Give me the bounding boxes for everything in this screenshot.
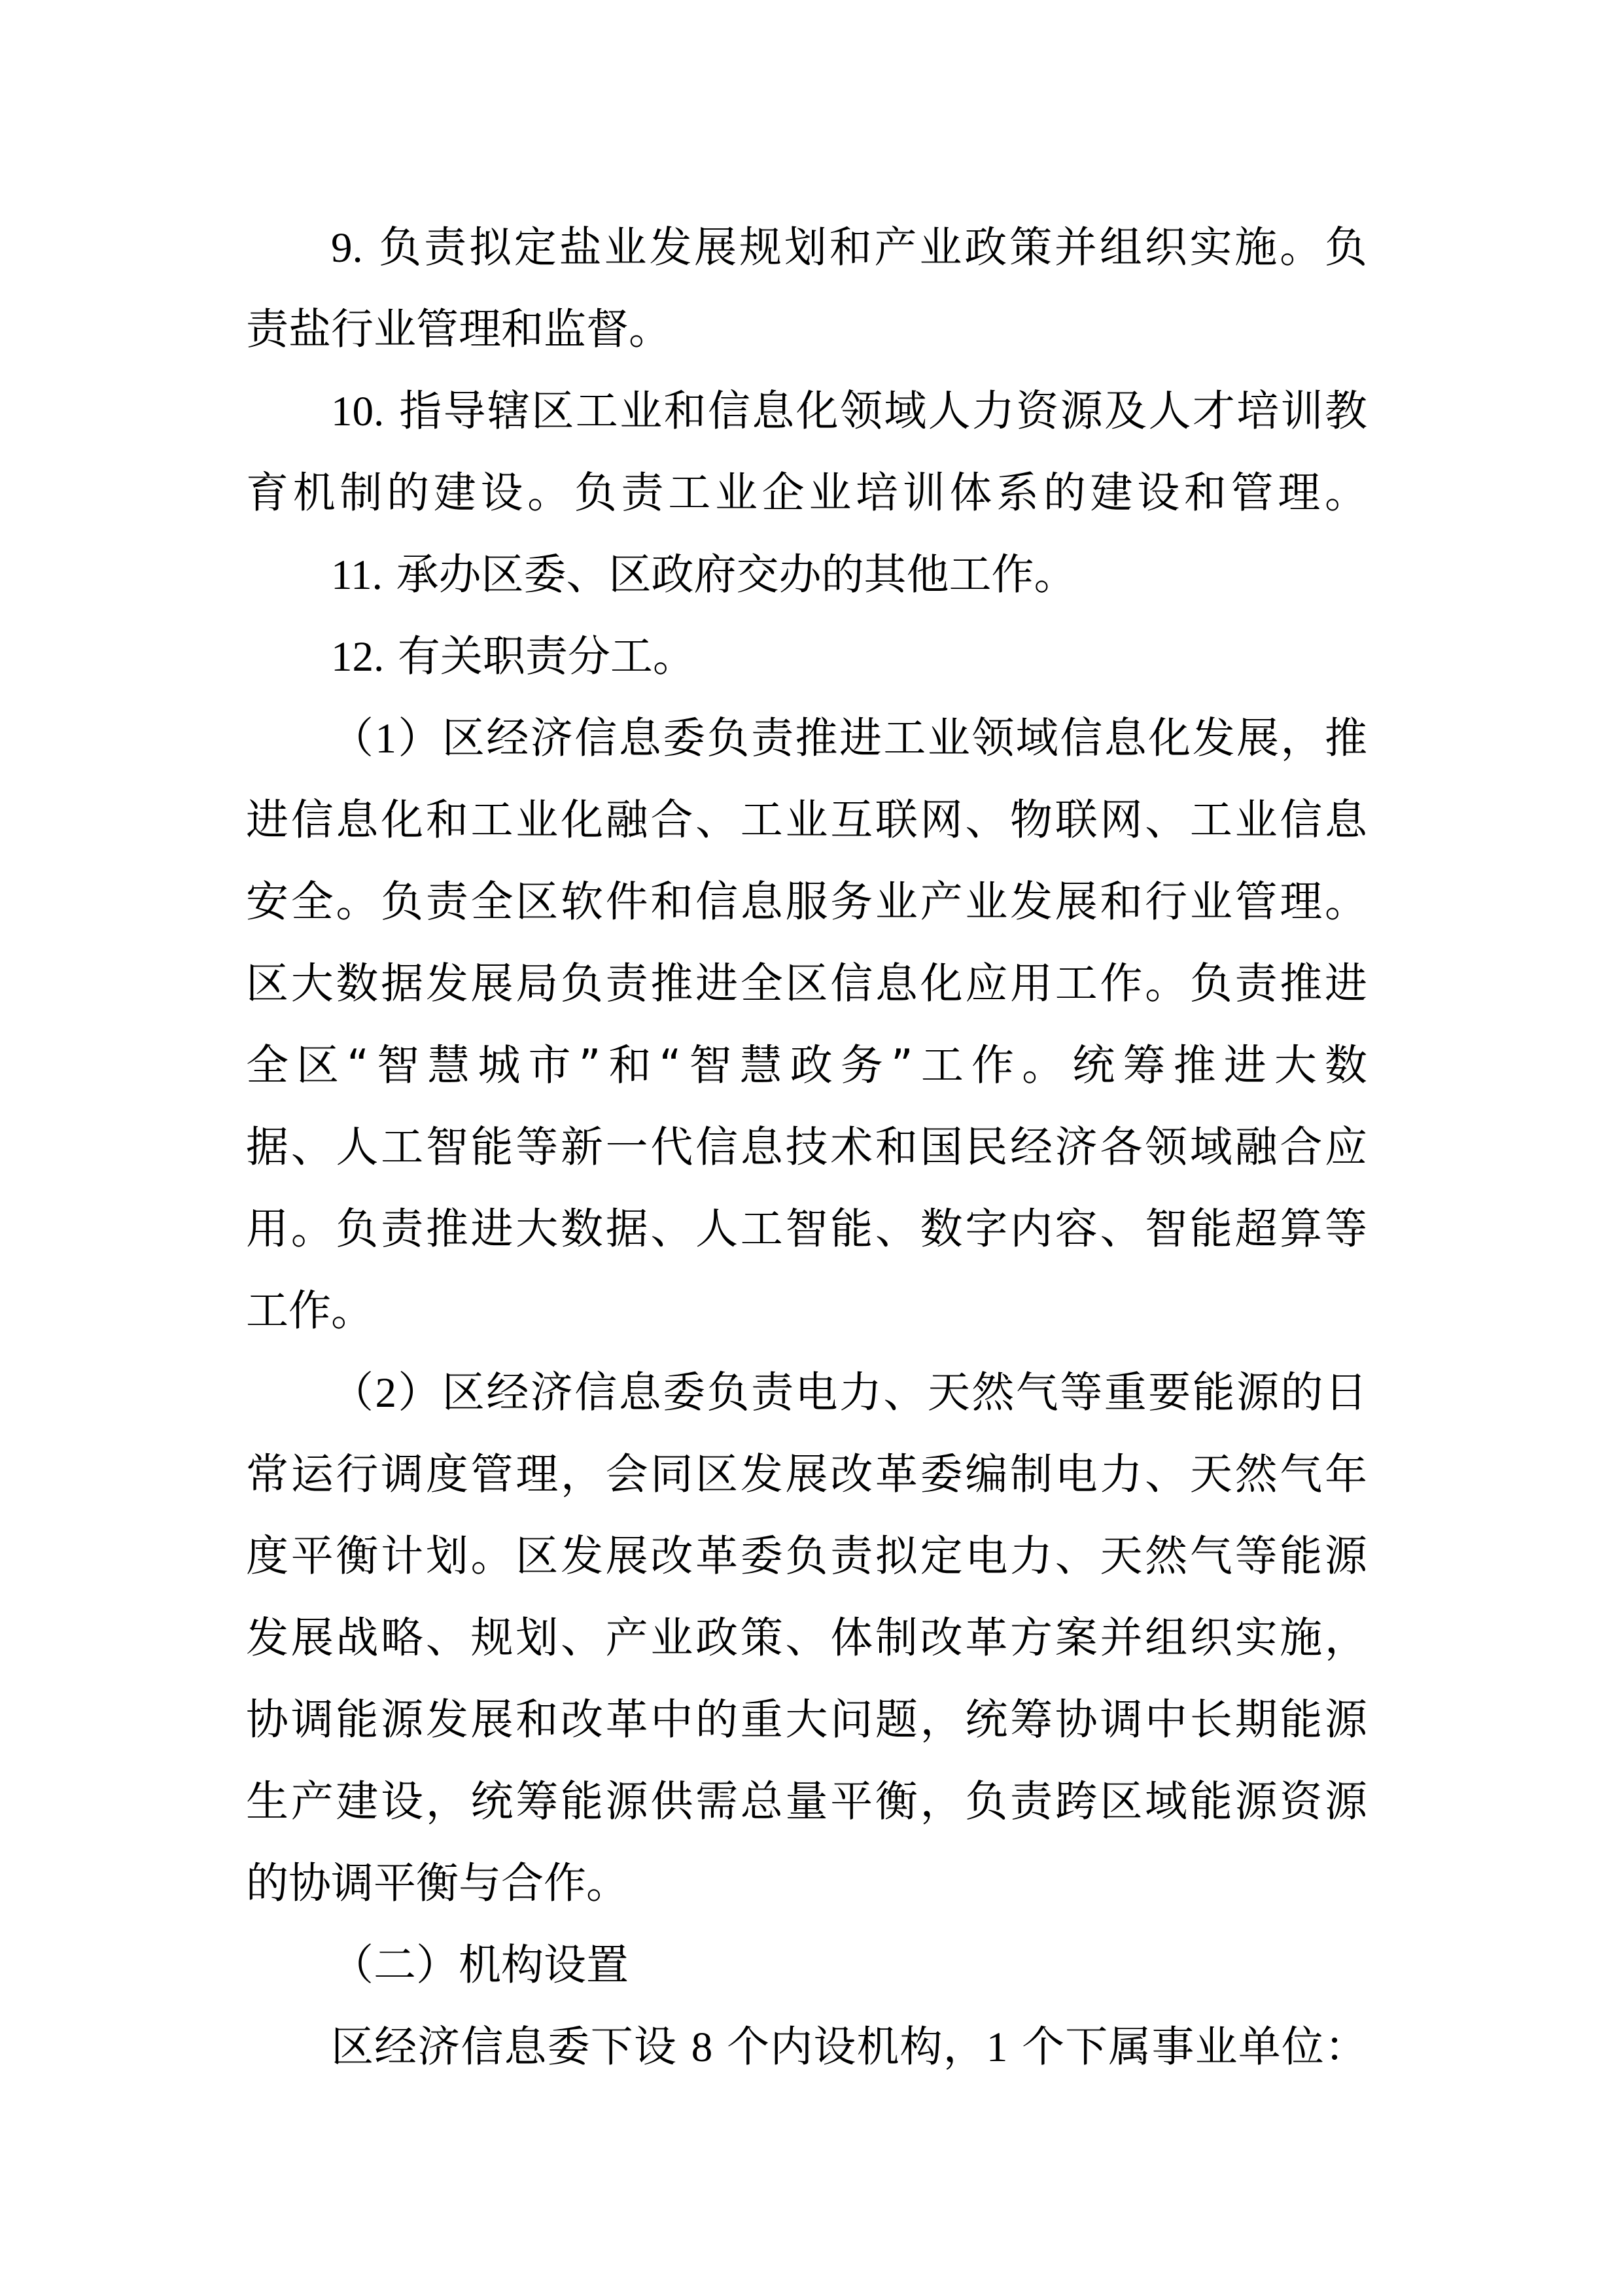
text-line: 12. 有关职责分工。 <box>246 616 1367 698</box>
text-line: 责盐行业管理和监督。 <box>246 289 1367 370</box>
text-line: 11. 承办区委、区政府交办的其他工作。 <box>246 534 1367 616</box>
text-line: 协调能源发展和改革中的重大问题，统筹协调中长期能源 <box>246 1679 1367 1761</box>
text-line: 10. 指导辖区工业和信息化领域人力资源及人才培训教 <box>246 370 1367 452</box>
latin-numeral: 10. <box>331 388 384 435</box>
latin-numeral: 9. <box>331 224 363 272</box>
text-line: 用。负责推进大数据、人工智能、数字内容、智能超算等 <box>246 1188 1367 1270</box>
text-line: 安全。负责全区软件和信息服务业产业发展和行业管理。 <box>246 861 1367 943</box>
latin-numeral: 12. <box>331 633 384 680</box>
text-line: 的协调平衡与合作。 <box>246 1843 1367 1924</box>
latin-numeral: 11. <box>331 552 383 599</box>
latin-numeral: 1 <box>986 2024 1008 2071</box>
text-line: 全区“智慧城市”和“智慧政务”工作。统筹推进大数 <box>246 1025 1367 1106</box>
text-line: 育机制的建设。负责工业企业培训体系的建设和管理。 <box>246 452 1367 534</box>
text-line: 区经济信息委下设 8 个内设机构，1 个下属事业单位： <box>246 2006 1367 2088</box>
text-line: 生产建设，统筹能源供需总量平衡，负责跨区域能源资源 <box>246 1761 1367 1843</box>
latin-numeral: 8 <box>691 2024 713 2071</box>
text-block: 9. 负责拟定盐业发展规划和产业政策并组织实施。负责盐行业管理和监督。10. 指… <box>246 207 1367 2088</box>
text-line: 工作。 <box>246 1270 1367 1352</box>
document-page: 9. 负责拟定盐业发展规划和产业政策并组织实施。负责盐行业管理和监督。10. 指… <box>0 0 1623 2296</box>
text-line: 9. 负责拟定盐业发展规划和产业政策并组织实施。负 <box>246 207 1367 289</box>
text-line: 度平衡计划。区发展改革委负责拟定电力、天然气等能源 <box>246 1515 1367 1597</box>
text-line: 区大数据发展局负责推进全区信息化应用工作。负责推进 <box>246 943 1367 1025</box>
text-line: （二）机构设置 <box>246 1924 1367 2006</box>
text-line: （2）区经济信息委负责电力、天然气等重要能源的日 <box>246 1352 1367 1434</box>
latin-numeral: 1 <box>375 715 396 762</box>
latin-numeral: 2 <box>375 1369 396 1417</box>
text-line: 常运行调度管理，会同区发展改革委编制电力、天然气年 <box>246 1434 1367 1515</box>
text-line: 发展战略、规划、产业政策、体制改革方案并组织实施， <box>246 1597 1367 1679</box>
text-line: 进信息化和工业化融合、工业互联网、物联网、工业信息 <box>246 779 1367 861</box>
text-line: （1）区经济信息委负责推进工业领域信息化发展，推 <box>246 698 1367 779</box>
text-line: 据、人工智能等新一代信息技术和国民经济各领域融合应 <box>246 1106 1367 1188</box>
